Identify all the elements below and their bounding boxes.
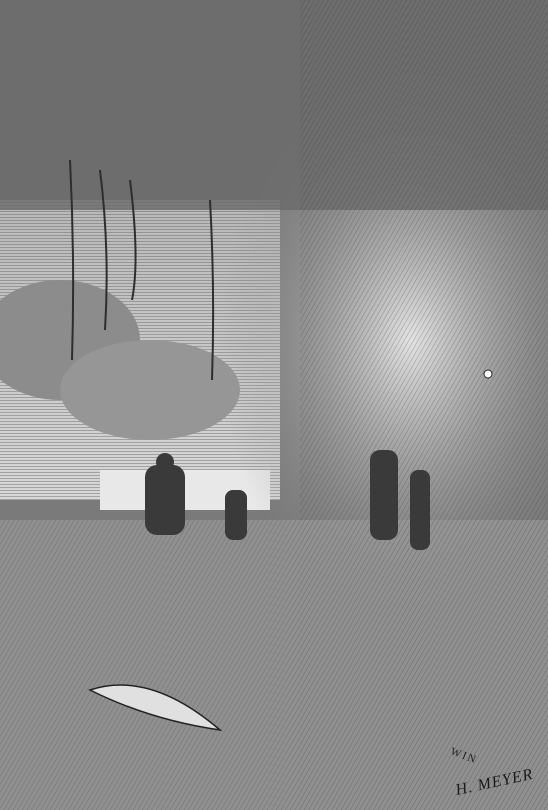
- engraving-illustration: [0, 0, 548, 810]
